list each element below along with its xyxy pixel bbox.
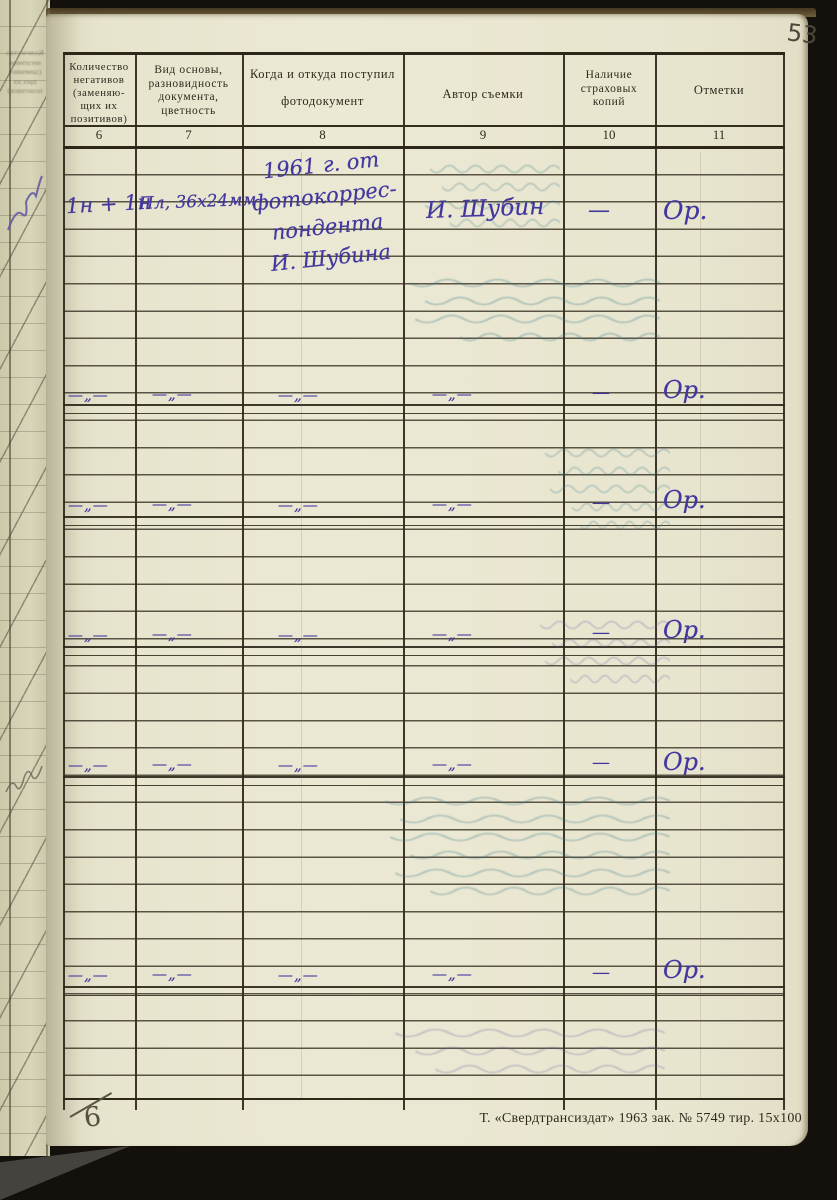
entry-base-type: Пл, 36х24мм	[139, 190, 257, 214]
record-separator	[63, 646, 785, 656]
record-separator	[63, 404, 785, 414]
record-separator	[63, 986, 785, 996]
column-number: 7	[137, 127, 240, 147]
ditto-mark: —„—	[278, 386, 319, 404]
ditto-mark: —„—	[152, 625, 193, 643]
ditto-insurance: —	[592, 382, 610, 403]
bleed-through-rule	[301, 152, 302, 1098]
bleed-through-handwriting	[375, 1022, 665, 1080]
ditto-mark: —„—	[432, 755, 473, 773]
column-header-negatives: Количество негативов (заменяю- щих их по…	[65, 55, 133, 131]
table-bottom-border	[63, 1098, 785, 1100]
bleed-through-header-text: Количество негативов (заменяю- щих их по…	[2, 48, 48, 96]
ditto-mark: —„—	[432, 965, 473, 983]
ditto-notes: Ор.	[663, 748, 706, 776]
column-number: 6	[65, 127, 133, 147]
ditto-mark: —„—	[68, 626, 109, 644]
ditto-mark: —„—	[278, 756, 319, 774]
bleed-through-handwriting	[375, 790, 670, 902]
entry-received-from: 1961 г. от фотокоррес- пондента И. Шубин…	[240, 142, 412, 282]
sheet-pencil-number: 6	[82, 1101, 102, 1134]
column-header-base-type: Вид основы, разновидность документа, цве…	[137, 55, 240, 134]
entry-author: И. Шубин	[426, 194, 545, 224]
ditto-insurance: —	[592, 622, 610, 643]
ditto-mark: —„—	[68, 756, 109, 774]
bleed-through-handwriting	[400, 272, 660, 348]
ditto-insurance: —	[592, 962, 610, 983]
ditto-mark: —„—	[432, 385, 473, 403]
printer-imprint: Т. «Свердтрансиздат» 1963 зак. № 5749 ти…	[430, 1111, 802, 1127]
ditto-insurance: —	[592, 752, 610, 773]
column-number: 11	[657, 127, 781, 147]
ink-scribble	[2, 168, 46, 238]
record-separator	[63, 776, 785, 786]
ditto-mark: —„—	[152, 755, 193, 773]
record-separator	[63, 516, 785, 526]
ditto-insurance: —	[592, 492, 610, 513]
entry-notes: Ор.	[663, 196, 707, 225]
ditto-notes: Ор.	[663, 486, 706, 514]
ditto-mark: —„—	[432, 625, 473, 643]
ditto-notes: Ор.	[663, 956, 706, 984]
bleed-through-handwriting	[540, 442, 670, 536]
ditto-mark: —„—	[278, 626, 319, 644]
column-number: 9	[405, 127, 561, 147]
column-header-received: Когда и откуда поступил фотодокумент	[244, 55, 401, 131]
ditto-notes: Ор.	[663, 616, 706, 644]
ditto-notes: Ор.	[663, 376, 706, 404]
previous-page-edge: Количество негативов (заменяю- щих их по…	[0, 0, 50, 1156]
ditto-mark: —„—	[278, 966, 319, 984]
pencil-scribble	[2, 752, 46, 802]
archive-ledger-scan: Количество негативов (заменяю- щих их по…	[0, 0, 837, 1200]
column-number: 10	[565, 127, 653, 147]
ditto-mark: —„—	[68, 496, 109, 514]
ditto-mark: —„—	[68, 966, 109, 984]
folio-number: 53	[785, 18, 819, 50]
entry-insurance-copies: —	[588, 198, 610, 223]
ditto-mark: —„—	[152, 495, 193, 513]
ditto-mark: —„—	[278, 496, 319, 514]
ditto-mark: —„—	[152, 965, 193, 983]
ditto-mark: —„—	[152, 385, 193, 403]
ditto-mark: —„—	[68, 386, 109, 404]
ditto-mark: —„—	[432, 495, 473, 513]
